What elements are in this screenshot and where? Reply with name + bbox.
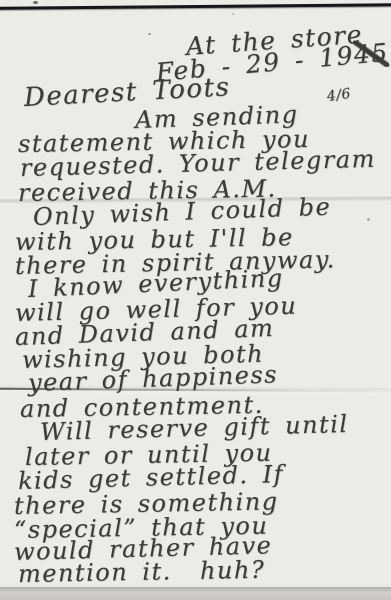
paper-bottom-edge bbox=[0, 587, 391, 600]
paper-top-edge-line bbox=[0, 3, 391, 10]
letter-body-line: mention it. huh? bbox=[18, 558, 266, 586]
scan-speck bbox=[148, 33, 151, 35]
scan-speck bbox=[33, 1, 38, 4]
date-struck-year: 45 bbox=[353, 38, 390, 70]
letter-scan: At the store Feb - 29 - 1945 4/6 Dearest… bbox=[0, 0, 391, 600]
date-correction: 4/6 bbox=[326, 87, 352, 104]
scan-speck bbox=[232, 13, 234, 15]
scan-speck bbox=[367, 218, 370, 221]
